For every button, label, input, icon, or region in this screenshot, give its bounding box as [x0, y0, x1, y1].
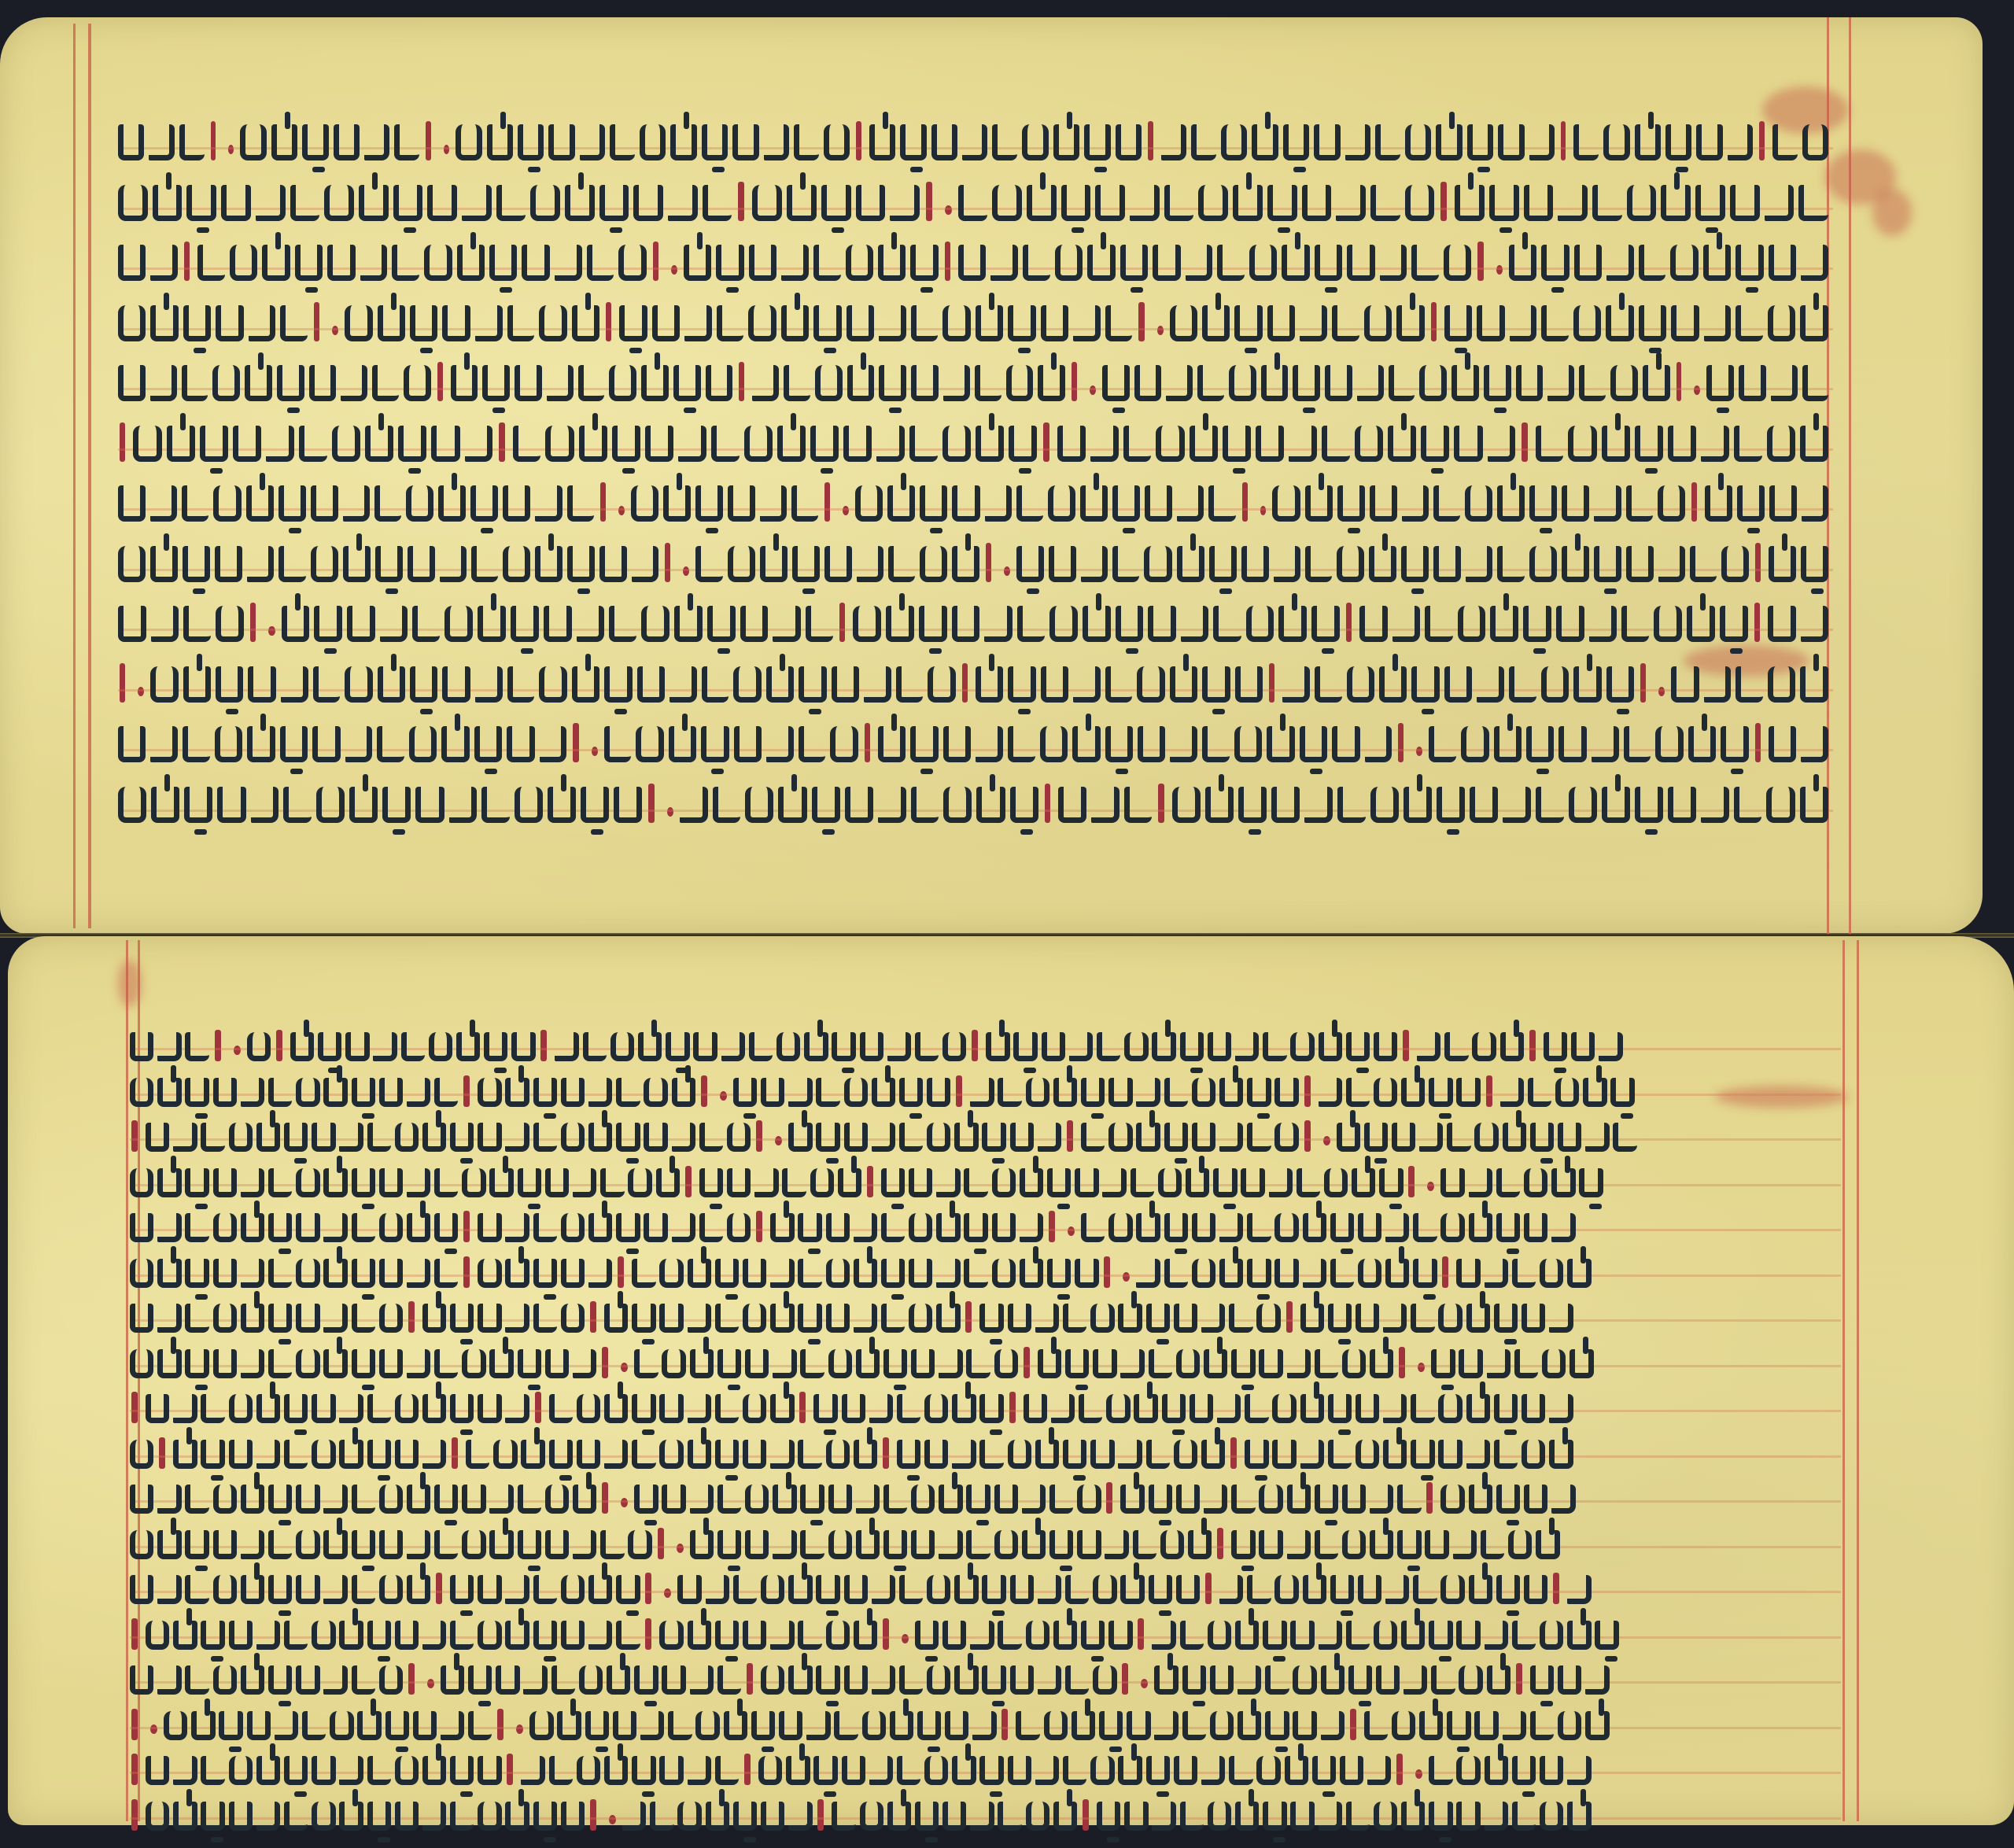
script-glyph: [578, 365, 605, 401]
script-glyph: [408, 546, 435, 582]
script-glyph: [1509, 245, 1536, 281]
script-glyph: [118, 305, 146, 341]
script-glyph: [1319, 1802, 1342, 1831]
danda-punctuation: [426, 121, 430, 160]
danda-punctuation: [1640, 663, 1646, 703]
danda-punctuation: [437, 362, 443, 401]
script-glyph: [1739, 365, 1766, 401]
red-dot-mark: [1496, 265, 1503, 275]
script-glyph: [422, 1802, 446, 1831]
script-glyph: [1325, 365, 1352, 401]
script-glyph: [247, 726, 275, 762]
script-glyph: [1267, 305, 1295, 341]
script-glyph: [150, 245, 178, 281]
script-glyph: [1461, 726, 1488, 762]
script-glyph: [539, 666, 566, 703]
script-glyph: [1558, 185, 1588, 221]
script-glyph: [1315, 666, 1342, 703]
manuscript-line: [130, 1509, 1841, 1559]
script-glyph: [1040, 726, 1068, 762]
script-glyph: [1289, 426, 1317, 462]
red-dot-mark: [1260, 506, 1267, 515]
script-glyph: [1283, 124, 1309, 160]
script-glyph: [1370, 787, 1399, 823]
script-glyph: [943, 365, 970, 401]
script-glyph: [695, 546, 722, 582]
script-glyph: [1164, 185, 1194, 221]
script-glyph: [1562, 485, 1589, 522]
script-glyph: [1769, 546, 1796, 582]
script-glyph: [540, 726, 567, 762]
script-glyph: [1081, 546, 1108, 582]
script-glyph: [1217, 245, 1245, 281]
script-glyph: [1006, 365, 1034, 401]
script-glyph: [1458, 606, 1486, 642]
script-glyph: [548, 124, 574, 160]
red-dot-mark: [621, 1363, 628, 1372]
danda-punctuation: [986, 543, 991, 582]
manuscript-line: [118, 171, 1833, 221]
script-glyph: [674, 606, 703, 642]
script-glyph: [909, 426, 938, 462]
script-glyph: [150, 666, 178, 703]
script-glyph: [706, 365, 733, 401]
red-dot-mark: [516, 1724, 523, 1734]
script-glyph: [146, 1802, 169, 1831]
script-glyph: [475, 666, 503, 703]
script-glyph: [392, 245, 419, 281]
danda-punctuation: [250, 603, 256, 642]
script-glyph: [612, 426, 640, 462]
script-glyph: [1058, 787, 1086, 823]
script-glyph: [478, 606, 506, 642]
script-glyph: [295, 245, 323, 281]
script-glyph: [1170, 305, 1197, 341]
red-dot-mark: [945, 205, 952, 215]
manuscript-line: [118, 291, 1833, 341]
script-glyph: [1302, 185, 1332, 221]
script-glyph: [1370, 185, 1400, 221]
script-glyph: [766, 666, 794, 703]
script-glyph: [471, 546, 498, 582]
script-glyph: [855, 485, 883, 522]
script-glyph: [998, 1802, 1021, 1831]
manuscript-line: [130, 1238, 1841, 1288]
script-glyph: [1421, 426, 1449, 462]
script-glyph: [1639, 245, 1666, 281]
red-dot-mark: [1416, 747, 1422, 756]
script-glyph: [1589, 606, 1617, 642]
script-glyph: [438, 485, 466, 522]
script-glyph: [1606, 245, 1634, 281]
script-glyph: [332, 426, 360, 462]
script-glyph: [992, 124, 1017, 160]
script-glyph: [1016, 546, 1044, 582]
script-glyph: [565, 185, 595, 221]
script-glyph: [572, 666, 599, 703]
script-glyph: [733, 1802, 757, 1831]
script-glyph: [1768, 606, 1796, 642]
script-glyph: [781, 305, 809, 341]
script-glyph: [393, 185, 423, 221]
script-glyph: [1541, 245, 1569, 281]
script-glyph: [577, 606, 604, 642]
script-glyph: [183, 305, 211, 341]
script-glyph: [1433, 485, 1460, 522]
script-glyph: [1134, 365, 1162, 401]
script-glyph: [118, 546, 146, 582]
script-glyph: [151, 787, 179, 823]
script-glyph: [888, 546, 915, 582]
script-glyph: [449, 787, 478, 823]
script-glyph: [915, 1802, 939, 1831]
script-glyph: [1526, 726, 1554, 762]
script-glyph: [360, 245, 388, 281]
script-glyph: [1802, 365, 1829, 401]
script-glyph: [716, 245, 743, 281]
script-glyph: [216, 305, 243, 341]
manuscript-line: [130, 1192, 1841, 1242]
danda-punctuation: [1269, 663, 1274, 703]
script-glyph: [1246, 606, 1274, 642]
script-glyph: [462, 185, 492, 221]
manuscript-line: [118, 411, 1833, 462]
script-glyph: [1357, 365, 1384, 401]
red-dot-mark: [427, 1679, 434, 1688]
danda-punctuation: [600, 482, 606, 522]
script-glyph: [824, 546, 852, 582]
script-glyph: [281, 666, 308, 703]
script-glyph: [670, 124, 696, 160]
script-glyph: [1610, 365, 1638, 401]
script-glyph: [431, 426, 459, 462]
script-glyph: [992, 185, 1022, 221]
script-glyph: [1523, 606, 1551, 642]
manuscript-line: [130, 1780, 1841, 1831]
script-glyph: [1497, 546, 1524, 582]
script-glyph: [1022, 124, 1048, 160]
script-glyph: [1802, 124, 1828, 160]
script-glyph: [465, 426, 493, 462]
script-glyph: [1800, 305, 1828, 341]
red-dot-mark: [1415, 1769, 1422, 1779]
script-glyph: [1278, 606, 1307, 642]
script-glyph: [1401, 546, 1429, 582]
script-glyph: [1769, 726, 1796, 762]
script-glyph: [1703, 245, 1731, 281]
script-glyph: [910, 245, 938, 281]
script-glyph: [478, 1802, 501, 1831]
script-glyph: [118, 726, 146, 762]
script-glyph: [1084, 124, 1110, 160]
danda-punctuation: [1477, 242, 1483, 281]
script-glyph: [1137, 666, 1164, 703]
script-glyph: [1202, 305, 1230, 341]
script-glyph: [1768, 666, 1795, 703]
script-glyph: [609, 606, 636, 642]
script-glyph: [251, 787, 279, 823]
script-glyph: [631, 485, 658, 522]
red-dot-mark: [1004, 566, 1010, 576]
script-glyph: [1023, 245, 1050, 281]
script-glyph: [151, 606, 179, 642]
danda-punctuation: [1759, 121, 1764, 160]
danda-punctuation: [1755, 543, 1761, 582]
script-glyph: [1800, 787, 1828, 823]
danda-punctuation: [1138, 302, 1144, 341]
script-glyph: [1705, 485, 1732, 522]
script-glyph: [745, 787, 773, 823]
script-glyph: [1687, 606, 1715, 642]
script-glyph: [1444, 245, 1471, 281]
script-glyph: [1602, 426, 1630, 462]
script-glyph: [1180, 1802, 1204, 1831]
script-glyph: [1365, 726, 1392, 762]
script-glyph: [812, 787, 840, 823]
script-glyph: [1704, 305, 1732, 341]
script-glyph: [1579, 365, 1606, 401]
script-glyph: [701, 726, 729, 762]
script-glyph: [1658, 485, 1685, 522]
script-glyph: [1404, 787, 1432, 823]
script-glyph: [832, 1802, 855, 1831]
script-glyph: [1267, 185, 1297, 221]
script-glyph: [530, 185, 560, 221]
script-glyph: [266, 426, 294, 462]
script-glyph: [943, 726, 971, 762]
danda-punctuation: [739, 362, 744, 401]
script-glyph: [1419, 365, 1447, 401]
script-glyph: [857, 546, 883, 582]
script-glyph: [1380, 245, 1407, 281]
script-glyph: [1073, 305, 1101, 341]
script-glyph: [669, 726, 696, 762]
script-glyph: [1801, 606, 1828, 642]
danda-punctuation: [962, 663, 968, 703]
script-glyph: [475, 305, 503, 341]
script-glyph: [1083, 606, 1111, 642]
script-glyph: [1670, 245, 1698, 281]
script-glyph: [760, 546, 788, 582]
script-glyph: [518, 124, 544, 160]
script-glyph: [1038, 365, 1065, 401]
script-glyph: [507, 666, 535, 703]
script-glyph: [887, 1802, 911, 1831]
script-glyph: [890, 185, 920, 221]
script-glyph: [919, 606, 947, 642]
script-glyph: [636, 726, 663, 762]
script-glyph: [669, 666, 697, 703]
script-glyph: [1112, 485, 1140, 522]
script-glyph: [1072, 726, 1100, 762]
upper-folio-text: [118, 110, 1833, 865]
script-glyph: [1148, 606, 1176, 642]
script-glyph: [580, 124, 605, 160]
script-glyph: [256, 185, 286, 221]
script-glyph: [824, 124, 850, 160]
script-glyph: [1153, 245, 1180, 281]
script-glyph: [1359, 606, 1388, 642]
script-glyph: [1626, 546, 1654, 582]
danda-punctuation: [1754, 603, 1760, 642]
script-glyph: [1671, 666, 1699, 703]
script-glyph: [652, 305, 680, 341]
script-glyph: [1102, 365, 1130, 401]
script-glyph: [481, 787, 510, 823]
script-glyph: [1402, 485, 1429, 522]
script-glyph: [1627, 185, 1657, 221]
script-glyph: [744, 426, 773, 462]
script-glyph: [183, 546, 210, 582]
script-glyph: [1547, 365, 1574, 401]
script-glyph: [339, 1802, 363, 1831]
script-glyph: [150, 546, 178, 582]
script-glyph: [810, 426, 839, 462]
script-glyph: [976, 666, 1003, 703]
script-glyph: [706, 1802, 729, 1831]
danda-punctuation: [1148, 121, 1153, 160]
red-dot-mark: [150, 1724, 157, 1734]
script-glyph: [1172, 787, 1201, 823]
script-glyph: [702, 124, 728, 160]
script-glyph: [1706, 365, 1734, 401]
script-glyph: [1696, 124, 1722, 160]
script-glyph: [878, 245, 906, 281]
script-glyph: [1055, 245, 1083, 281]
script-glyph: [324, 185, 354, 221]
script-glyph: [150, 365, 177, 401]
script-glyph: [364, 124, 389, 160]
script-glyph: [1009, 426, 1037, 462]
script-glyph: [1802, 485, 1828, 522]
script-glyph: [847, 365, 875, 401]
script-glyph: [942, 305, 970, 341]
script-glyph: [327, 245, 355, 281]
script-glyph: [262, 245, 290, 281]
script-glyph: [1337, 485, 1365, 522]
script-glyph: [1635, 426, 1663, 462]
script-glyph: [752, 365, 779, 401]
script-glyph: [1643, 365, 1670, 401]
danda-punctuation: [1522, 422, 1527, 462]
upper-left-margin-rule-inner: [88, 24, 91, 928]
script-glyph: [1569, 787, 1597, 823]
script-glyph: [740, 606, 769, 642]
script-glyph: [879, 365, 906, 401]
script-glyph: [183, 606, 211, 642]
manuscript-line: [118, 532, 1833, 582]
script-glyph: [958, 185, 988, 221]
script-glyph: [618, 245, 646, 281]
script-glyph: [1191, 124, 1216, 160]
script-glyph: [1736, 245, 1763, 281]
script-glyph: [409, 726, 437, 762]
danda-punctuation: [120, 663, 125, 703]
script-glyph: [290, 185, 320, 221]
script-glyph: [1332, 726, 1359, 762]
manuscript-line: [118, 110, 1833, 160]
script-glyph: [505, 1802, 529, 1831]
script-glyph: [1282, 666, 1310, 703]
script-glyph: [1017, 606, 1045, 642]
script-glyph: [787, 185, 817, 221]
script-glyph: [900, 124, 926, 160]
script-glyph: [1234, 305, 1262, 341]
script-glyph: [533, 1802, 557, 1831]
script-glyph: [1558, 726, 1586, 762]
script-glyph: [572, 305, 599, 341]
script-glyph: [1272, 485, 1300, 522]
script-glyph: [640, 124, 666, 160]
script-glyph: [441, 726, 469, 762]
script-glyph: [282, 606, 310, 642]
red-dot-mark: [138, 687, 144, 696]
script-glyph: [197, 245, 225, 281]
script-glyph: [1057, 426, 1086, 462]
script-glyph: [544, 606, 572, 642]
script-glyph: [230, 245, 257, 281]
script-glyph: [1170, 726, 1197, 762]
script-glyph: [1737, 485, 1765, 522]
script-glyph: [1444, 305, 1472, 341]
script-glyph: [246, 485, 274, 522]
script-glyph: [1202, 726, 1230, 762]
script-glyph: [215, 726, 242, 762]
script-glyph: [1665, 124, 1691, 160]
script-glyph: [976, 305, 1003, 341]
script-glyph: [677, 1802, 701, 1831]
script-glyph: [245, 365, 272, 401]
script-glyph: [1337, 546, 1364, 582]
red-dot-mark: [234, 1046, 241, 1055]
script-glyph: [1489, 185, 1519, 221]
script-glyph: [976, 726, 1003, 762]
script-glyph: [345, 305, 372, 341]
manuscript-line: [118, 652, 1833, 703]
script-glyph: [1241, 546, 1269, 582]
script-glyph: [1606, 305, 1633, 341]
danda-punctuation: [1083, 1799, 1089, 1831]
script-glyph: [377, 726, 404, 762]
script-glyph: [487, 124, 513, 160]
script-glyph: [641, 606, 669, 642]
script-glyph: [1405, 185, 1435, 221]
script-glyph: [133, 426, 161, 462]
script-glyph: [567, 485, 594, 522]
lower-folio-text: [130, 1011, 1841, 1806]
manuscript-line: [118, 712, 1833, 762]
script-glyph: [1105, 305, 1133, 341]
script-glyph: [442, 305, 470, 341]
script-glyph: [567, 546, 595, 582]
script-glyph: [645, 426, 673, 462]
red-dot-mark: [228, 145, 234, 154]
script-glyph: [799, 726, 826, 762]
script-glyph: [1177, 546, 1204, 582]
red-dot-mark: [671, 265, 677, 275]
script-glyph: [984, 606, 1012, 642]
red-dot-mark: [1123, 1272, 1130, 1282]
script-glyph: [702, 666, 729, 703]
script-glyph: [1536, 426, 1564, 462]
script-glyph: [410, 666, 437, 703]
red-dot-mark: [1694, 385, 1700, 395]
script-glyph: [1800, 426, 1828, 462]
script-glyph: [1766, 787, 1795, 823]
script-glyph: [1529, 546, 1557, 582]
danda-punctuation: [499, 422, 504, 462]
script-glyph: [1497, 485, 1525, 522]
